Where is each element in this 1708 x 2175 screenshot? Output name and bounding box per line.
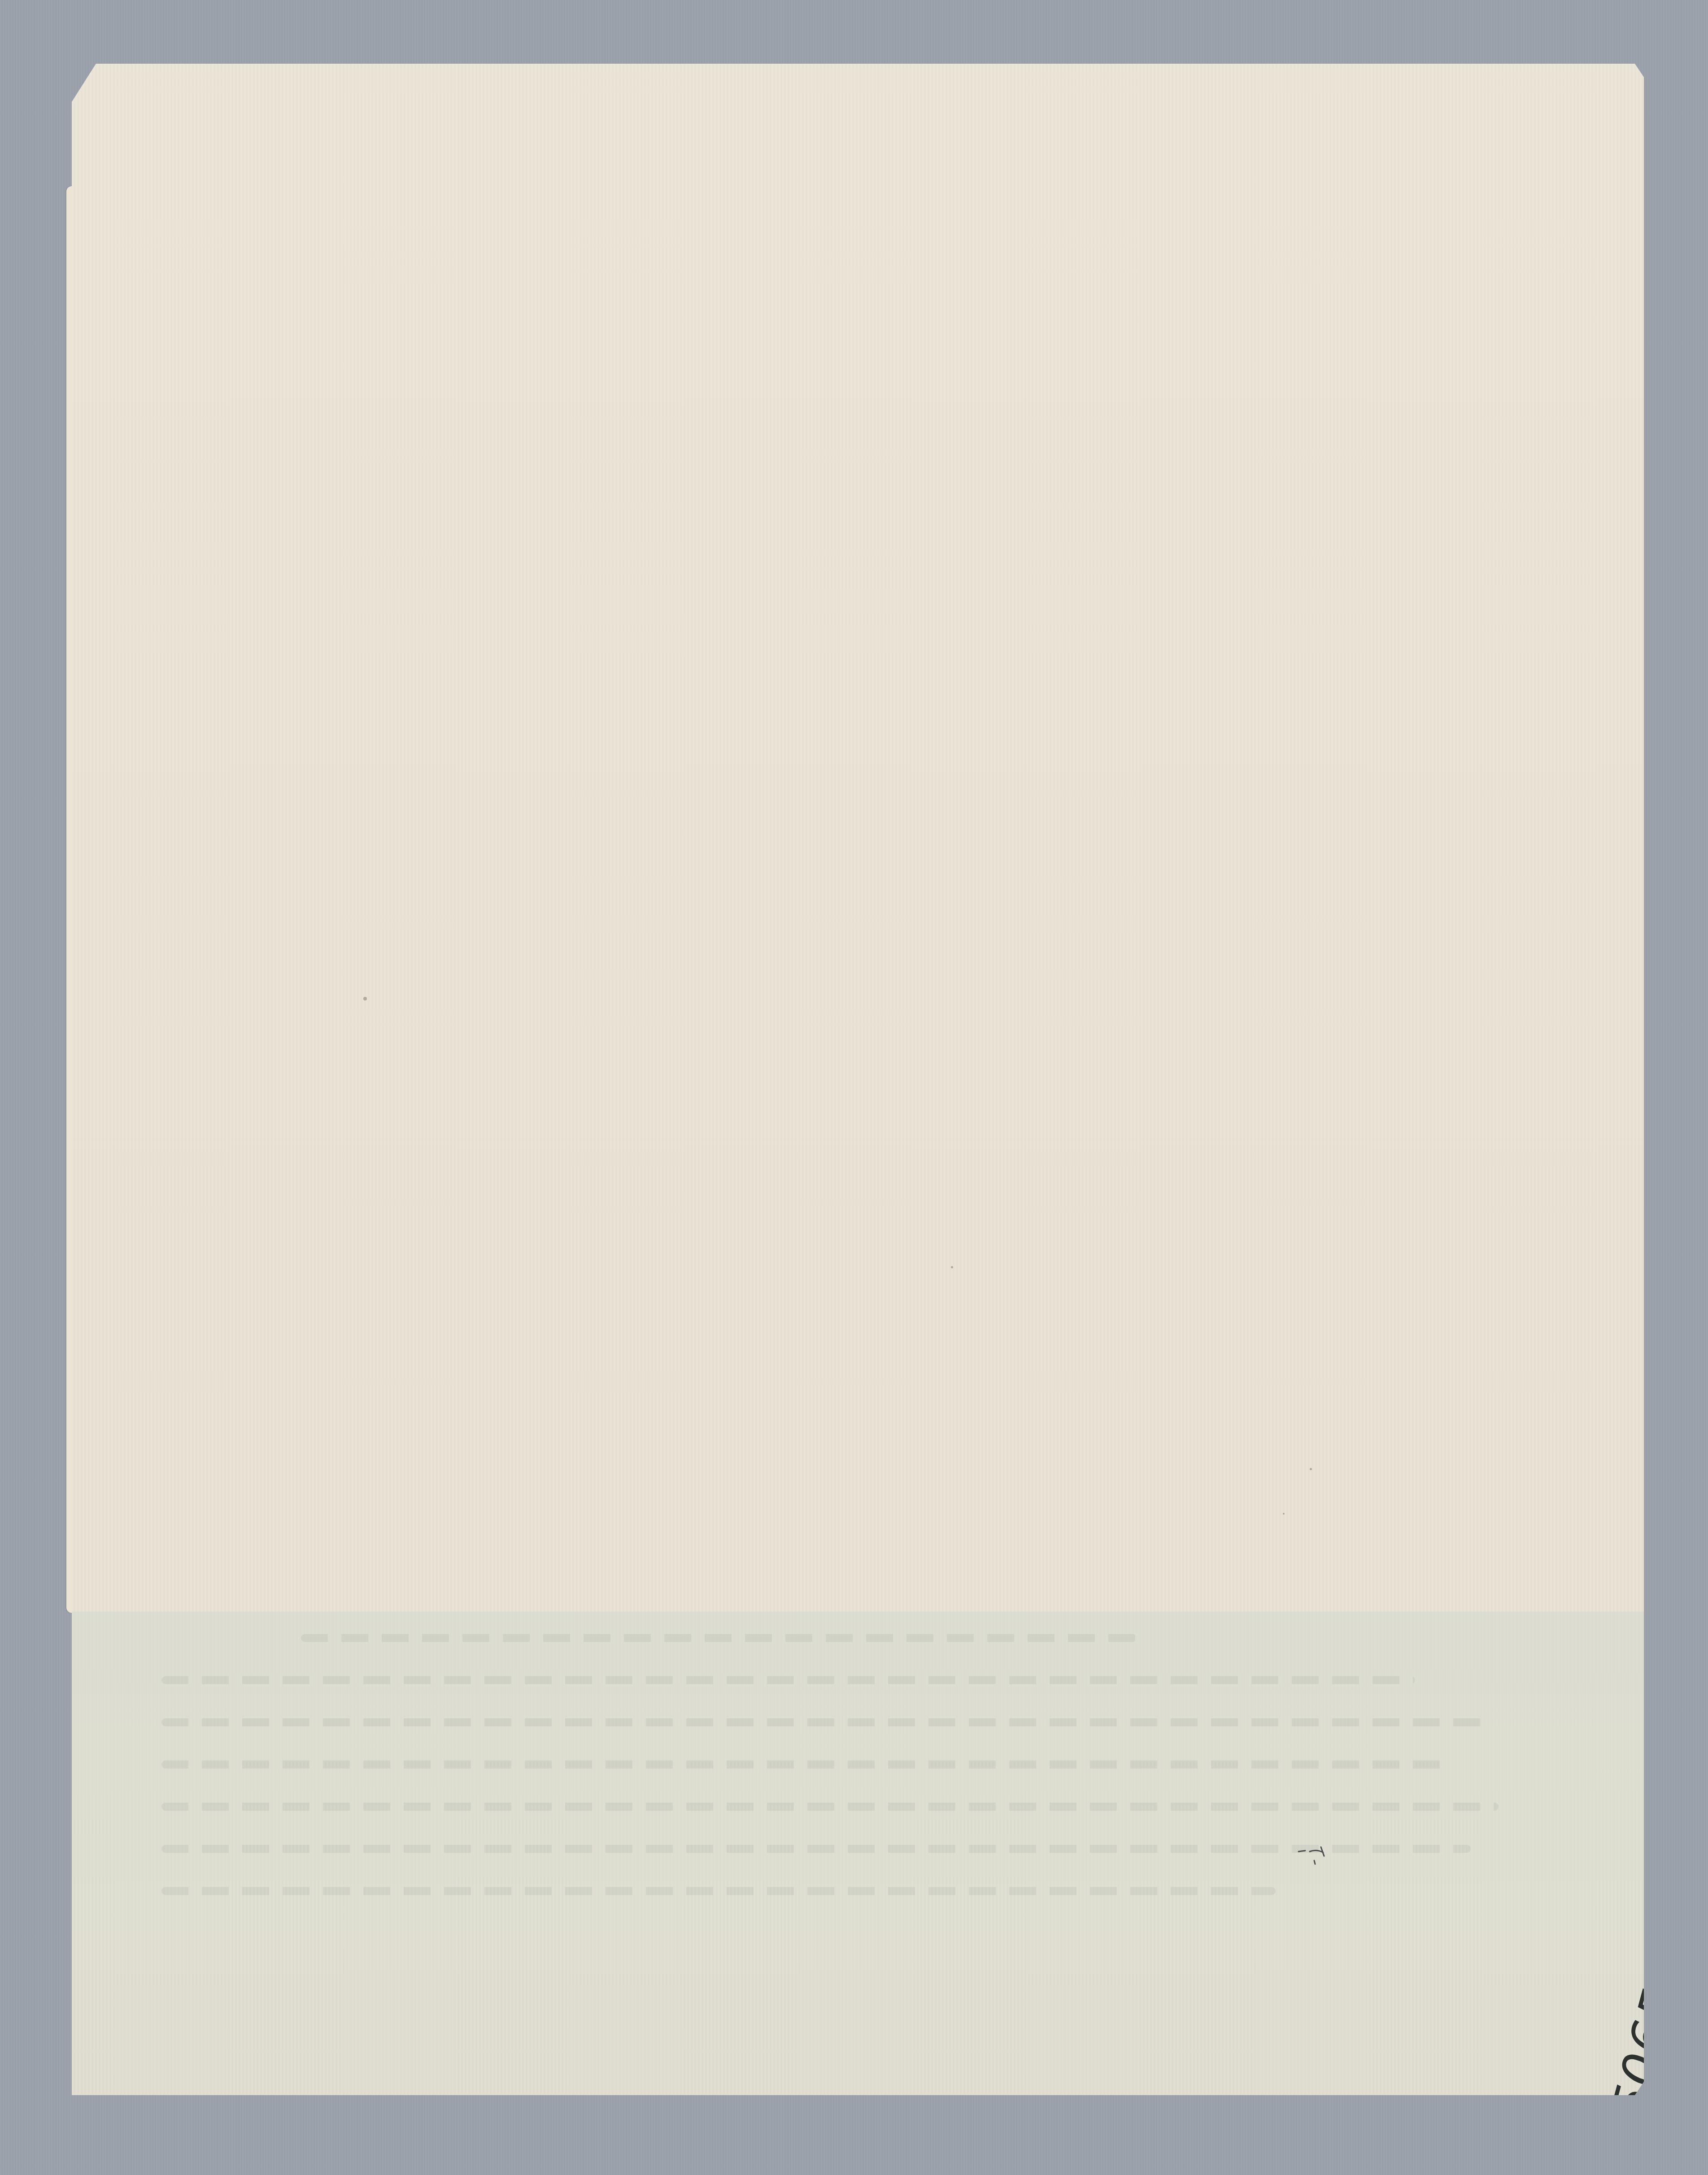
bleed-line [161,1845,1471,1853]
paper-speck [1310,1468,1312,1470]
bleed-line [301,1634,1137,1642]
bleed-line [161,1718,1485,1726]
bleed-line [161,1887,1276,1895]
bleed-line [161,1676,1415,1684]
bleed-line [161,1803,1499,1811]
paper-speck [363,997,367,1000]
paper-speck [1283,1513,1285,1515]
bleed-through-text [161,1634,1554,2060]
bleed-line [161,1760,1443,1769]
paper-sheet: 5065 [72,64,1644,2095]
pencil-mark-icon [1296,1843,1332,1865]
paper-speck [951,1266,953,1268]
